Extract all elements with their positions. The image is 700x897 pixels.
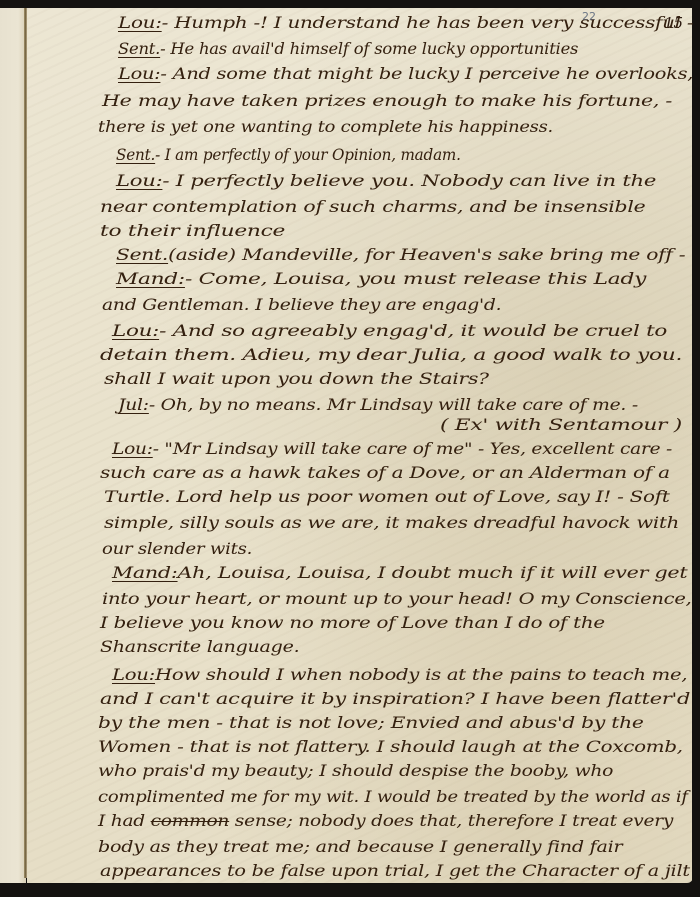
speaker-name: Mand: [112, 564, 178, 582]
speaker-name: Lou: [116, 172, 162, 190]
speaker-name: Sent. [116, 246, 168, 264]
speaker-name: Sent. [116, 146, 155, 164]
text-line: Sent.(aside) Mandeville, for Heaven's sa… [116, 246, 685, 264]
speaker-name: Lou: [118, 14, 162, 32]
text-line: such care as a hawk takes of a Dove, or … [100, 464, 670, 482]
line-text-continued: sense; nobody does that, therefore I tre… [229, 812, 673, 830]
text-line: who prais'd my beauty; I should despise … [98, 762, 613, 780]
line-text: Women - that is not flattery. I should l… [98, 738, 683, 756]
line-text: - Humph -! I understand he has been very… [162, 14, 694, 32]
line-text: - And so agreeably engag'd, it would be … [159, 322, 667, 340]
text-line: Mand:Ah, Louisa, Louisa, I doubt much if… [112, 564, 687, 582]
line-text: - I perfectly believe you. Nobody can li… [162, 172, 656, 190]
line-text: - And some that might be lucky I perceiv… [160, 65, 693, 83]
text-line: Women - that is not flattery. I should l… [98, 738, 683, 756]
text-line: near contemplation of such charms, and b… [100, 198, 645, 216]
stage-direction: ( Ex' with Sentamour ) [440, 416, 682, 434]
text-line: by the men - that is not love; Envied an… [98, 714, 644, 732]
text-line: I believe you know no more of Love than … [100, 614, 605, 632]
text-line: I had common sense; nobody does that, th… [98, 812, 673, 830]
line-text: ( Ex' with Sentamour ) [440, 416, 682, 434]
line-text: - I am perfectly of your Opinion, madam. [155, 146, 461, 164]
speaker-name: Lou: [112, 440, 153, 458]
text-line: our slender wits. [102, 540, 252, 558]
line-text: I believe you know no more of Love than … [100, 614, 605, 632]
text-line: appearances to be false upon trial, I ge… [100, 862, 690, 880]
text-line: Jul:- Oh, by no means. Mr Lindsay will t… [118, 396, 638, 414]
text-line: simple, silly souls as we are, it makes … [104, 514, 679, 532]
text-line: to their influence [100, 222, 285, 240]
text-line: Turtle. Lord help us poor women out of L… [104, 488, 670, 506]
line-text: Ah, Louisa, Louisa, I doubt much if it w… [178, 564, 688, 582]
text-line: He may have taken prizes enough to make … [102, 92, 672, 110]
line-text: there is yet one wanting to complete his… [98, 118, 553, 136]
line-text: and Gentleman. I believe they are engag'… [102, 296, 501, 314]
line-text: - He has avail'd himself of some lucky o… [160, 40, 578, 58]
line-text: by the men - that is not love; Envied an… [98, 714, 644, 732]
line-text: who prais'd my beauty; I should despise … [98, 762, 613, 780]
line-text: detain them. Adieu, my dear Julia, a goo… [100, 346, 682, 364]
text-line: Lou:- I perfectly believe you. Nobody ca… [116, 172, 656, 190]
text-line: into your heart, or mount up to your hea… [102, 590, 692, 608]
line-text: appearances to be false upon trial, I ge… [100, 862, 690, 880]
line-text: How should I when nobody is at the pains… [155, 666, 687, 684]
speaker-name: Sent. [118, 40, 160, 58]
text-line: Shanscrite language. [100, 638, 299, 656]
line-text: Shanscrite language. [100, 638, 299, 656]
line-text: He may have taken prizes enough to make … [102, 92, 672, 110]
line-text: I had [98, 812, 151, 830]
text-line: and Gentleman. I believe they are engag'… [102, 296, 501, 314]
text-line: detain them. Adieu, my dear Julia, a goo… [100, 346, 682, 364]
line-text: and I can't acquire it by inspiration? I… [100, 690, 690, 708]
text-line: Mand:- Come, Louisa, you must release th… [116, 270, 646, 288]
line-text: into your heart, or mount up to your hea… [102, 590, 692, 608]
text-line: Lou:- And so agreeably engag'd, it would… [112, 322, 667, 340]
text-line: Sent.- I am perfectly of your Opinion, m… [116, 146, 461, 164]
text-line: Lou:- And some that might be lucky I per… [118, 65, 693, 83]
line-text: - Come, Louisa, you must release this La… [185, 270, 646, 288]
line-text: Turtle. Lord help us poor women out of L… [104, 488, 670, 506]
speaker-name: Jul: [118, 396, 149, 414]
speaker-name: Lou: [112, 322, 159, 340]
text-line: there is yet one wanting to complete his… [98, 118, 553, 136]
line-text: such care as a hawk takes of a Dove, or … [100, 464, 670, 482]
text-line: and I can't acquire it by inspiration? I… [100, 690, 690, 708]
manuscript-text: Lou:- Humph -! I understand he has been … [0, 0, 700, 897]
text-line: Lou:How should I when nobody is at the p… [112, 666, 687, 684]
line-text: our slender wits. [102, 540, 252, 558]
text-line: Lou:- "Mr Lindsay will take care of me" … [112, 440, 672, 458]
line-text: - "Mr Lindsay will take care of me" - Ye… [153, 440, 672, 458]
line-text: to their influence [100, 222, 285, 240]
line-text: simple, silly souls as we are, it makes … [104, 514, 679, 532]
text-line: Sent.- He has avail'd himself of some lu… [118, 40, 578, 58]
text-line: shall I wait upon you down the Stairs? [104, 370, 489, 388]
line-text: complimented me for my wit. I would be t… [98, 788, 688, 806]
line-text: body as they treat me; and because I gen… [98, 838, 622, 856]
speaker-name: Lou: [118, 65, 160, 83]
text-line: body as they treat me; and because I gen… [98, 838, 622, 856]
line-text: - Oh, by no means. Mr Lindsay will take … [149, 396, 638, 414]
text-line: Lou:- Humph -! I understand he has been … [118, 14, 693, 32]
speaker-name: Lou: [112, 666, 155, 684]
line-text: near contemplation of such charms, and b… [100, 198, 645, 216]
speaker-name: Mand: [116, 270, 185, 288]
line-text: shall I wait upon you down the Stairs? [104, 370, 489, 388]
line-text: (aside) Mandeville, for Heaven's sake br… [168, 246, 685, 264]
struck-through-word: common [151, 812, 230, 830]
text-line: complimented me for my wit. I would be t… [98, 788, 688, 806]
